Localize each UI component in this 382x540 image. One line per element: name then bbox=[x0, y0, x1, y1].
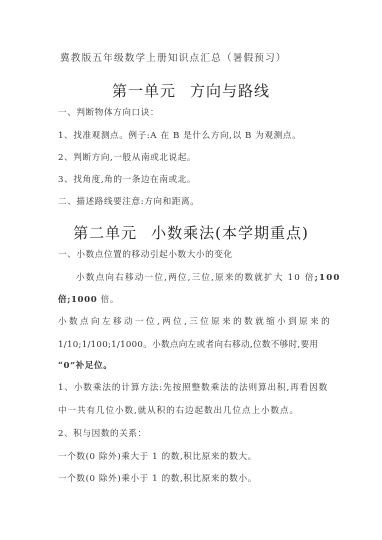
unit1-line-1: 一、判断物体方向口诀： bbox=[58, 106, 159, 118]
unit2-para2-line1: 小数点向左移动一位,两位,三位原来的数就缩小到原来的 bbox=[58, 315, 332, 327]
document-page: 冀教版五年级数学上册知识点汇总（暑假预习） 第一单元方向与路线 一、判断物体方向… bbox=[0, 0, 382, 540]
unit2-heading-number: 第二单元 bbox=[73, 224, 137, 242]
unit2-para1-line2: 倍;1000 倍。 bbox=[58, 293, 119, 305]
unit2-item2-line2: 一个数(0 除外)乘小于 1 的数,积比原来的数小。 bbox=[58, 472, 257, 484]
unit2-heading-name: 小数乘法(本学期重点) bbox=[151, 224, 309, 242]
unit2-item1-line2: 中一共有几位小数,就从积的右边起数出几位点上小数点。 bbox=[58, 404, 299, 416]
unit1-heading: 第一单元方向与路线 bbox=[0, 80, 382, 101]
para1-line1-text: 小数点向右移动一位,两位,三位,原来的数就扩大 10 倍 bbox=[76, 273, 315, 283]
unit1-heading-number: 第一单元 bbox=[112, 82, 176, 100]
unit1-line-5: 二、描述路线要注意:方向和距离。 bbox=[58, 195, 199, 207]
unit1-heading-name: 方向与路线 bbox=[190, 82, 270, 100]
unit2-item1-line1: 1、小数乘法的计算方法:先按照整数乘法的法则算出积,再看因数 bbox=[58, 381, 328, 393]
unit2-para2-line2: 1/10;1/100;1/1000。小数点向左或者向右移动,位数不够时,要用 bbox=[58, 338, 318, 350]
unit2-item2-line1: 一个数(0 除外)乘大于 1 的数,积比原来的数大。 bbox=[58, 450, 257, 462]
para1-line2-text: 倍。 bbox=[97, 295, 119, 305]
para1-line1-bold: ;100 bbox=[315, 273, 341, 283]
unit1-line-3: 2、判断方向,一般从南或北说起。 bbox=[58, 151, 196, 163]
unit2-para1-line1: 小数点向右移动一位,两位,三位,原来的数就扩大 10 倍;100 bbox=[76, 271, 341, 283]
unit1-line-2: 1、找准观测点。例子:A 在 B 是什么方向,以 B 为观测点。 bbox=[58, 129, 301, 141]
unit2-item2-title: 2、积与因数的关系： bbox=[58, 427, 147, 439]
para1-line2-bold: 倍;1000 bbox=[58, 295, 97, 305]
unit2-section1-title: 一、小数点位置的移动引起小数大小的变化 bbox=[58, 248, 233, 260]
unit2-heading: 第二单元小数乘法(本学期重点) bbox=[0, 222, 382, 243]
unit2-para2-line3: “0”补足位。 bbox=[58, 359, 112, 371]
document-title: 冀教版五年级数学上册知识点汇总（暑假预习） bbox=[60, 50, 287, 64]
unit1-line-4: 3、找角度,角的一条边在南或北。 bbox=[58, 173, 196, 185]
